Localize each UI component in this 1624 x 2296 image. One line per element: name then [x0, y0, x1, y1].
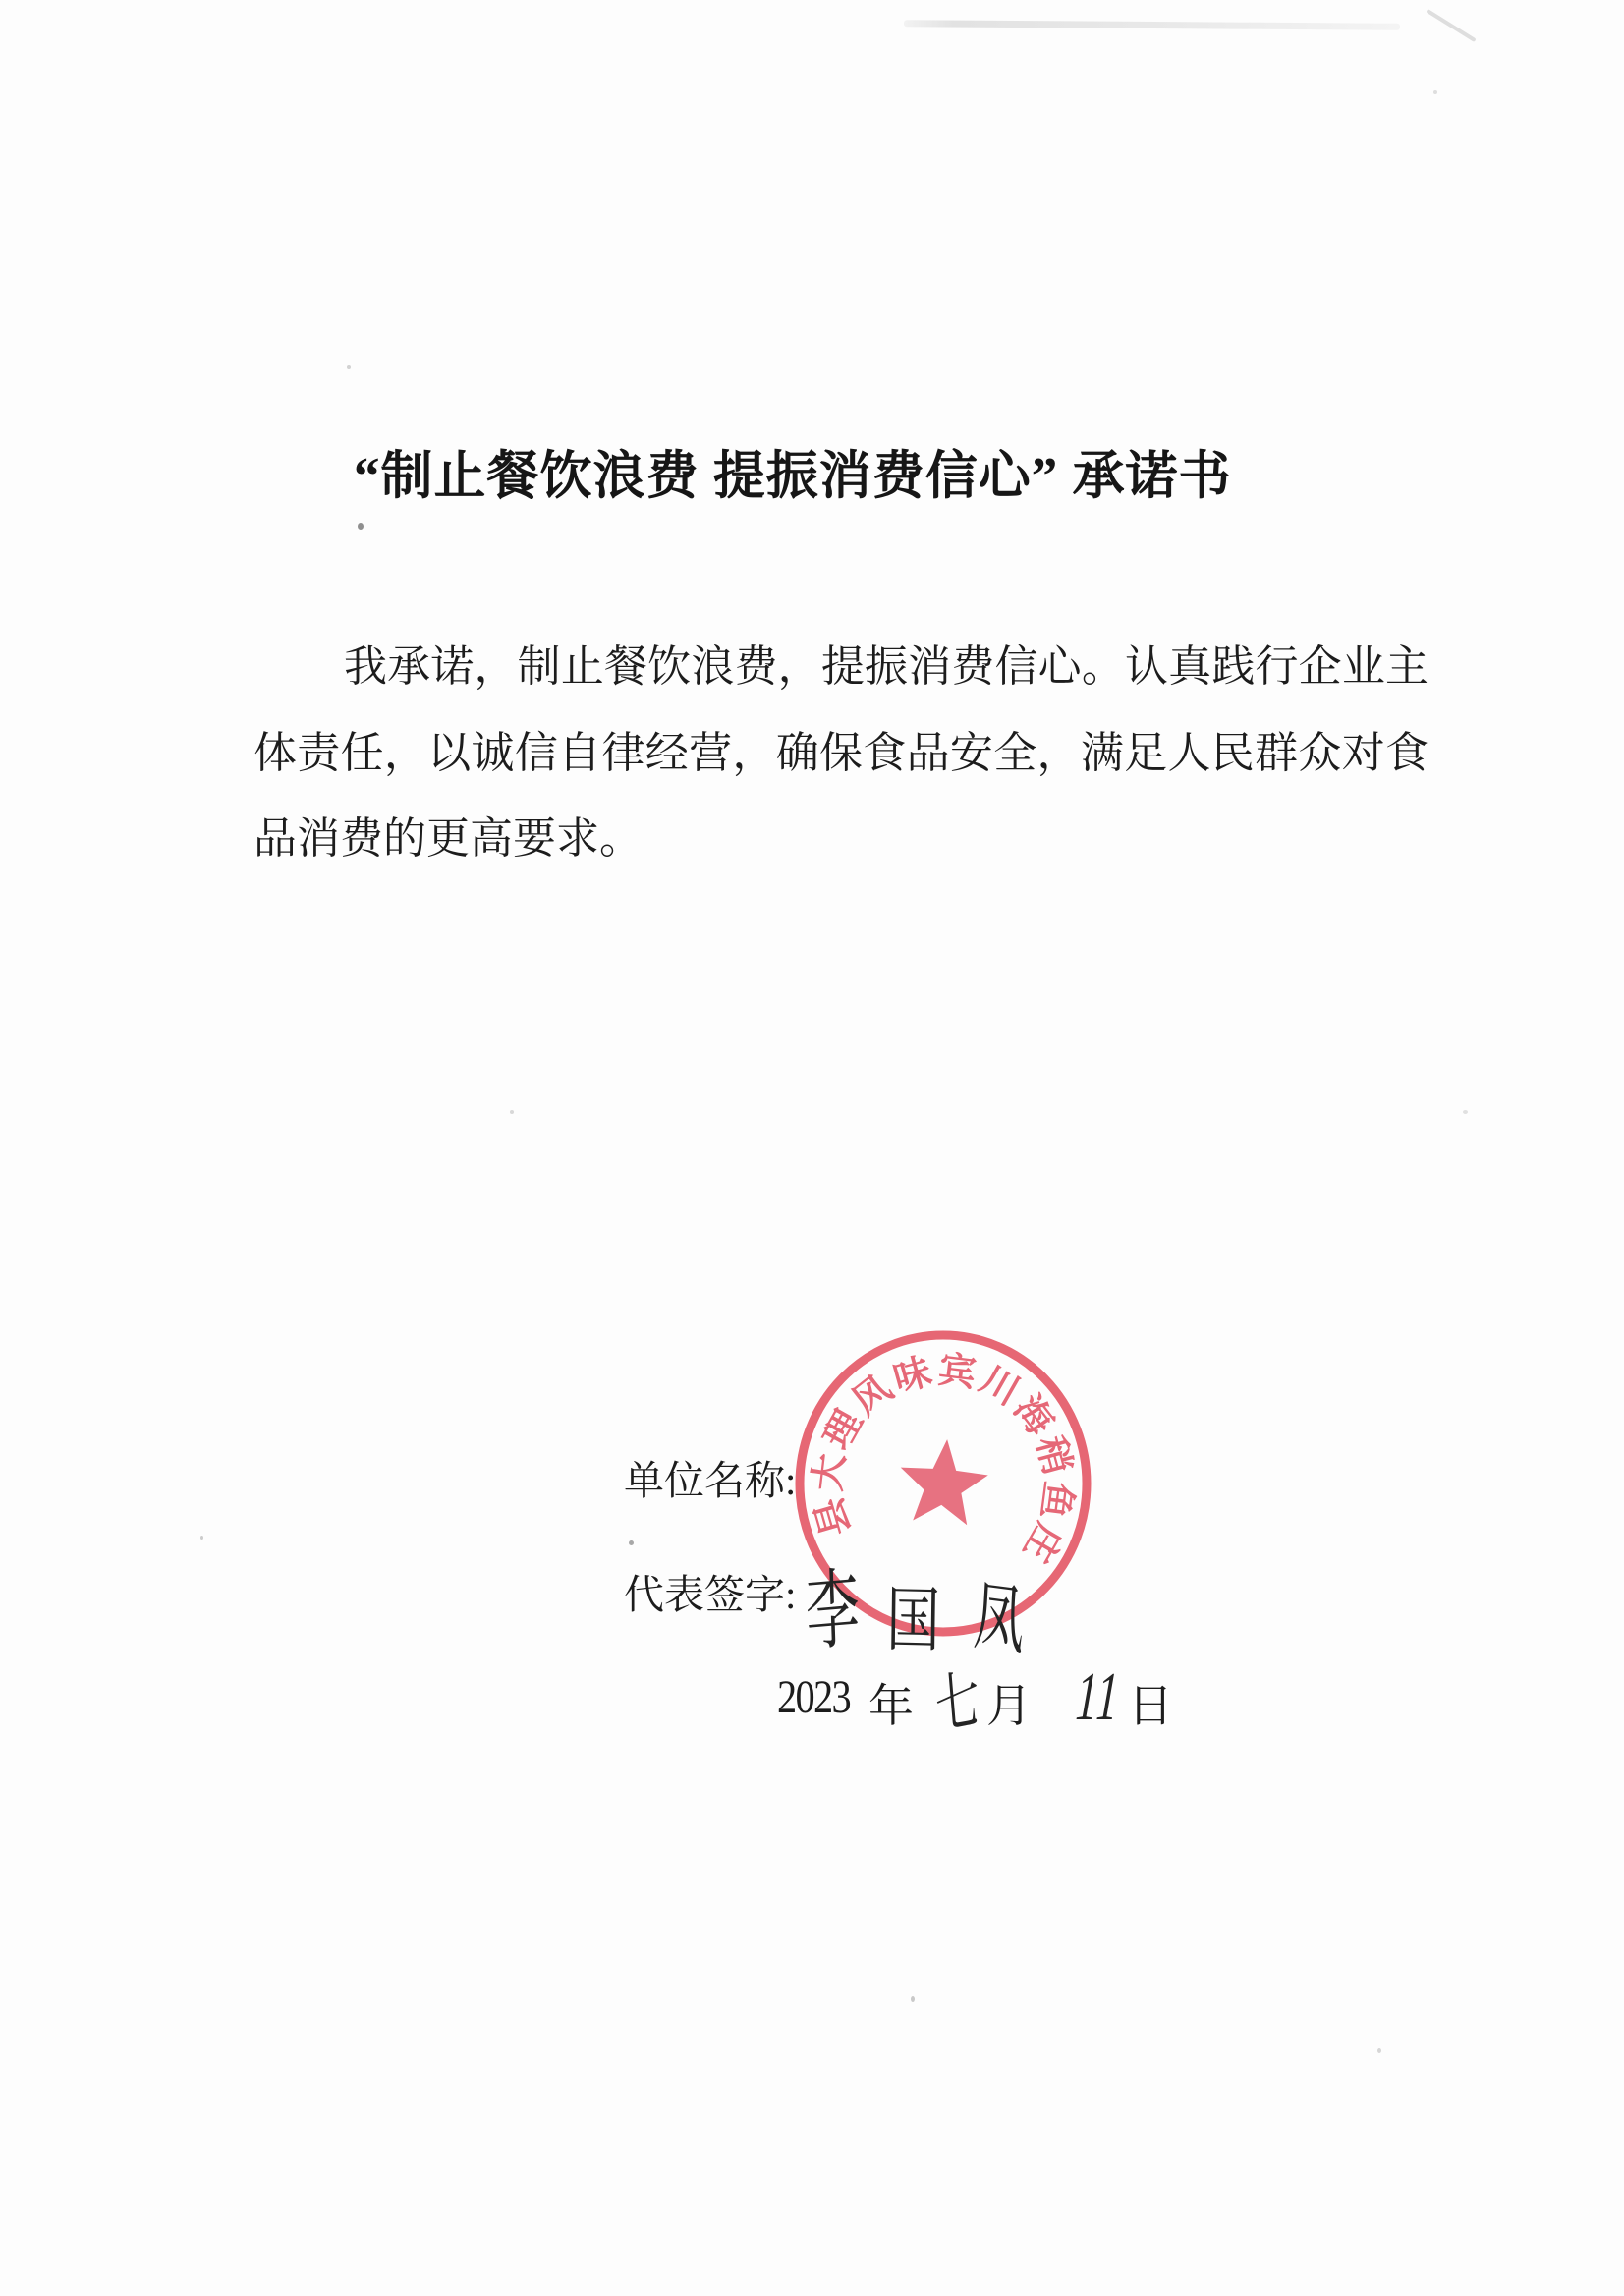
- date-year-unit: 年: [868, 1670, 914, 1735]
- paragraph-line: 我承诺，制止餐饮浪费，提振消费信心。认真践行企业主: [253, 624, 1428, 710]
- svg-text:鱼: 鱼: [1034, 1479, 1080, 1521]
- scan-artifact-streak: [904, 20, 1400, 30]
- svg-text:宾: 宾: [936, 1350, 979, 1395]
- scan-speck: [1377, 2048, 1381, 2053]
- paragraph-line: 品消费的更高要求。: [253, 796, 1428, 882]
- date-day-unit: 日: [1128, 1670, 1173, 1735]
- date-day-handwritten: 11: [1074, 1658, 1123, 1737]
- page-title: “制止餐饮浪费 提振消费信心” 承诺书: [354, 434, 1232, 509]
- svg-text:县: 县: [809, 1493, 859, 1540]
- paragraph-line: 体责任，以诚信自律经营，确保食品安全，满足人民群众对食: [253, 710, 1428, 797]
- scan-speck: [358, 523, 364, 530]
- svg-text:大: 大: [808, 1451, 853, 1493]
- scan-speck: [1463, 1110, 1468, 1114]
- unit-name-label: 单位名称:: [624, 1448, 796, 1506]
- date-month-handwritten: 七: [931, 1647, 982, 1747]
- signature-char: 国: [886, 1562, 941, 1665]
- scan-speck: [347, 365, 351, 369]
- representative-signature-label: 代表签字:: [624, 1562, 796, 1620]
- stamp-star-icon: [896, 1435, 990, 1526]
- date-month-unit: 月: [986, 1670, 1032, 1735]
- scan-artifact-tick: [1426, 9, 1476, 42]
- commitment-paragraph: 我承诺，制止餐饮浪费，提振消费信心。认真践行企业主 体责任，以诚信自律经营，确保…: [253, 624, 1428, 882]
- signature-char: 李: [804, 1540, 862, 1667]
- svg-text:稍: 稍: [1028, 1431, 1078, 1480]
- svg-text:味: 味: [889, 1351, 936, 1401]
- scan-speck: [200, 1536, 203, 1540]
- signature-char: 凤: [972, 1554, 1029, 1670]
- scan-speck: [1433, 90, 1437, 94]
- scan-speck: [629, 1540, 634, 1545]
- date-year: 2023: [777, 1670, 850, 1724]
- scanned-commitment-letter: “制止餐饮浪费 提振消费信心” 承诺书 我承诺，制止餐饮浪费，提振消费信心。认真…: [0, 0, 1624, 2296]
- scan-speck: [911, 1996, 915, 2002]
- scan-speck: [510, 1110, 514, 1114]
